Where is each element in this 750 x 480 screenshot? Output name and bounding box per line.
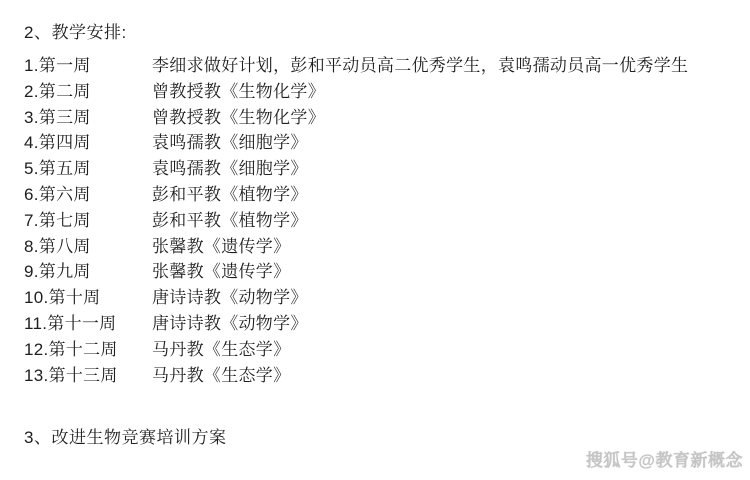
week-label: 5.第五周 [24, 156, 152, 182]
week-label: 13.第十三周 [24, 363, 152, 389]
week-label: 2.第二周 [24, 79, 152, 105]
schedule-row: 1.第一周 李细求做好计划，彭和平动员高二优秀学生，袁鸣孺动员高一优秀学生 [24, 53, 730, 79]
schedule-row: 4.第四周 袁鸣孺教《细胞学》 [24, 130, 730, 156]
week-label: 11.第十一周 [24, 311, 152, 337]
week-description: 袁鸣孺教《细胞学》 [152, 156, 730, 182]
week-label: 3.第三周 [24, 105, 152, 131]
week-description: 张馨教《遗传学》 [152, 234, 730, 260]
schedule-list: 1.第一周 李细求做好计划，彭和平动员高二优秀学生，袁鸣孺动员高一优秀学生 2.… [24, 53, 730, 388]
week-label: 8.第八周 [24, 234, 152, 260]
section-heading-teaching-arrangement: 2、教学安排: [24, 20, 730, 46]
week-description: 唐诗诗教《动物学》 [152, 285, 730, 311]
week-description: 马丹教《生态学》 [152, 363, 730, 389]
week-description: 李细求做好计划，彭和平动员高二优秀学生，袁鸣孺动员高一优秀学生 [152, 53, 730, 79]
week-description: 彭和平教《植物学》 [152, 182, 730, 208]
week-description: 曾教授教《生物化学》 [152, 79, 730, 105]
week-label: 4.第四周 [24, 130, 152, 156]
week-description: 唐诗诗教《动物学》 [152, 311, 730, 337]
schedule-row: 3.第三周 曾教授教《生物化学》 [24, 105, 730, 131]
schedule-row: 13.第十三周 马丹教《生态学》 [24, 363, 730, 389]
week-label: 7.第七周 [24, 208, 152, 234]
week-description: 袁鸣孺教《细胞学》 [152, 130, 730, 156]
week-description: 彭和平教《植物学》 [152, 208, 730, 234]
schedule-row: 6.第六周 彭和平教《植物学》 [24, 182, 730, 208]
watermark-sohu-account: 搜狐号@教育新概念 [586, 446, 743, 471]
document-page: 2、教学安排: 1.第一周 李细求做好计划，彭和平动员高二优秀学生，袁鸣孺动员高… [0, 0, 750, 451]
schedule-row: 2.第二周 曾教授教《生物化学》 [24, 79, 730, 105]
schedule-row: 5.第五周 袁鸣孺教《细胞学》 [24, 156, 730, 182]
week-label: 10.第十周 [24, 285, 152, 311]
schedule-row: 10.第十周 唐诗诗教《动物学》 [24, 285, 730, 311]
schedule-row: 11.第十一周 唐诗诗教《动物学》 [24, 311, 730, 337]
week-label: 1.第一周 [24, 53, 152, 79]
schedule-row: 8.第八周 张馨教《遗传学》 [24, 234, 730, 260]
week-label: 9.第九周 [24, 259, 152, 285]
schedule-row: 12.第十二周 马丹教《生态学》 [24, 337, 730, 363]
schedule-row: 7.第七周 彭和平教《植物学》 [24, 208, 730, 234]
week-label: 12.第十二周 [24, 337, 152, 363]
week-description: 张馨教《遗传学》 [152, 259, 730, 285]
week-description: 马丹教《生态学》 [152, 337, 730, 363]
schedule-row: 9.第九周 张馨教《遗传学》 [24, 259, 730, 285]
week-description: 曾教授教《生物化学》 [152, 105, 730, 131]
week-label: 6.第六周 [24, 182, 152, 208]
